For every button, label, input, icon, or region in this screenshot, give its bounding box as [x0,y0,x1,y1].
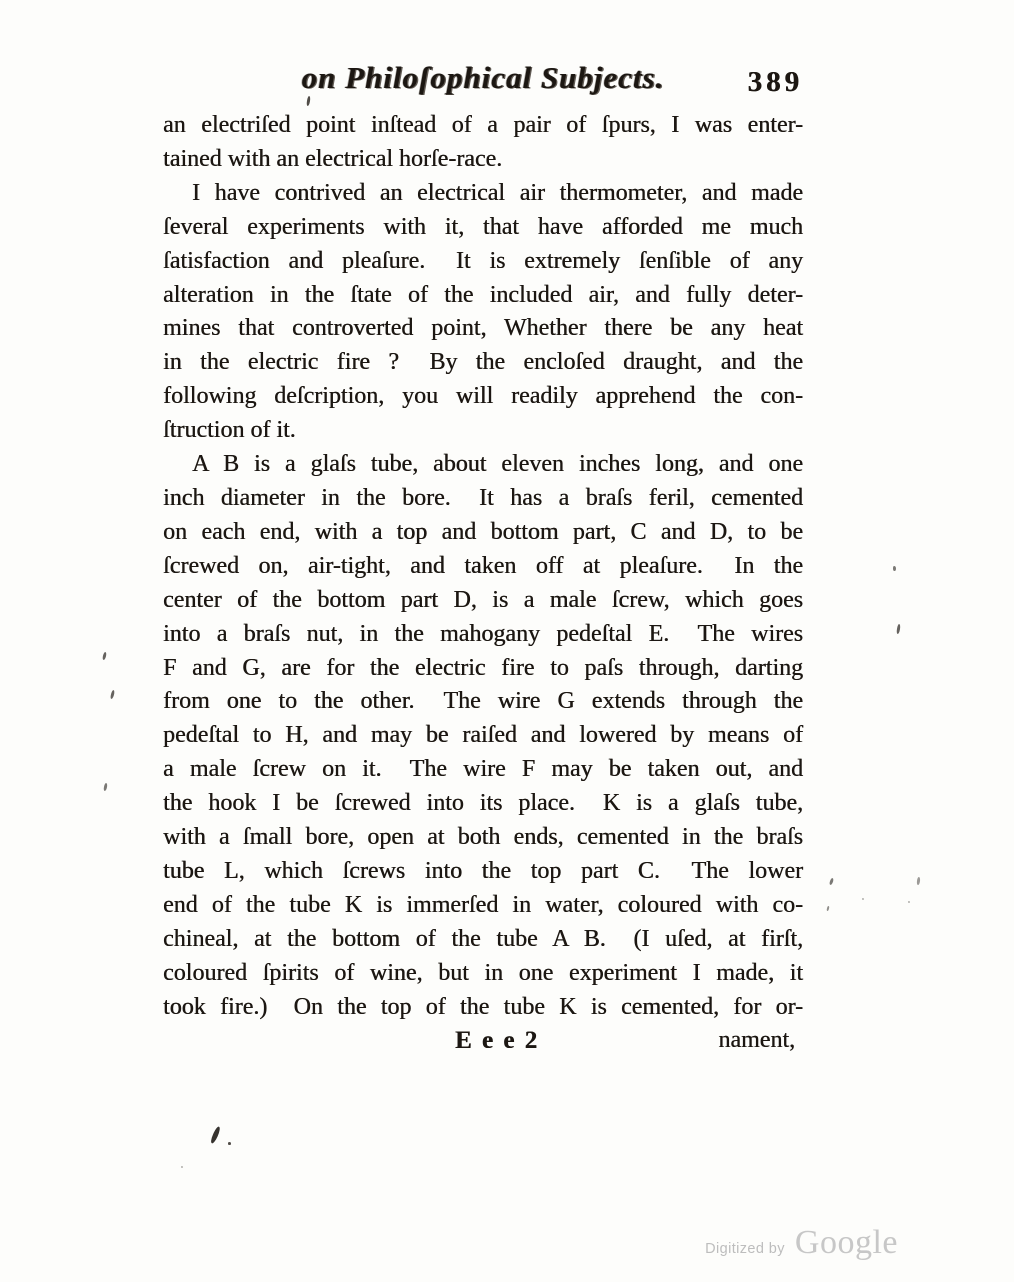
signature-row: E e e 2 nament, [163,1024,803,1058]
text-line: a male ſcrew on it. The wire F may be ta… [163,753,803,787]
text-line: on each end, with a top and bottom part,… [163,516,803,550]
text-line: tained with an electrical horſe-race. [163,143,803,177]
ink-speck [826,906,829,911]
digitized-by-label: Digitized by [705,1241,785,1257]
catchword: nament, [718,1024,795,1058]
ink-speck [181,1166,183,1168]
text-line: F and G, are for the electric fire to pa… [163,652,803,686]
text-line: took fire.) On the top of the tube K is … [163,991,803,1025]
text-line: I have contrived an electrical air therm… [163,177,803,211]
ink-speck [862,898,864,900]
ink-speck [829,878,834,886]
text-line: inch diameter in the bore. It has a braſ… [163,482,803,516]
text-line: ſcrewed on, air-tight, and taken off at … [163,550,803,584]
ink-speck [103,783,108,791]
text-line: following deſcription, you will readily … [163,380,803,414]
printers-signature: E e e 2 [455,1024,539,1058]
google-logo: Google [795,1224,898,1262]
ink-speck [916,877,920,885]
book-page: on Philoſophical Subjects. 389 an electr… [0,0,1014,1282]
text-line: end of the tube K is immerſed in water, … [163,889,803,923]
text-line: coloured ſpirits of wine, but in one exp… [163,957,803,991]
text-line: A B is a glaſs tube, about eleven inches… [163,448,803,482]
paragraphs: an electriſed point inſtead of a pair of… [163,109,803,1024]
ink-speck [210,1126,222,1144]
ink-speck [896,624,901,634]
text-line: into a braſs nut, in the mahogany pedeſt… [163,618,803,652]
text-line: alteration in the ſtate of the included … [163,279,803,313]
text-line: chineal, at the bottom of the tube A B. … [163,923,803,957]
text-line: ſatisfaction and pleaſure. It is extreme… [163,245,803,279]
text-line: tube L, which ſcrews into the top part C… [163,855,803,889]
running-head: on Philoſophical Subjects. 389 [163,60,803,108]
body-text: an electriſed point inſtead of a pair of… [163,109,803,1058]
text-line: ſeveral experiments with it, that have a… [163,211,803,245]
ink-speck [102,652,107,661]
ink-speck [228,1142,231,1145]
text-line: with a ſmall bore, open at both ends, ce… [163,821,803,855]
text-line: an electriſed point inſtead of a pair of… [163,109,803,143]
ink-speck [110,690,115,699]
page-number: 389 [748,66,804,99]
text-line: the hook I be ſcrewed into its place. K … [163,787,803,821]
ink-speck [893,566,896,571]
page-title: on Philoſophical Subjects. [302,60,665,95]
text-line: pedeſtal to H, and may be raiſed and low… [163,719,803,753]
text-line: mines that controverted point, Whether t… [163,312,803,346]
text-line: in the electric fire ? By the encloſed d… [163,346,803,380]
text-line: from one to the other. The wire G extend… [163,685,803,719]
text-line: ſtruction of it. [163,414,803,448]
ink-speck [908,901,910,903]
digitization-watermark: Digitized by Google [705,1224,898,1262]
text-line: center of the bottom part D, is a male ſ… [163,584,803,618]
